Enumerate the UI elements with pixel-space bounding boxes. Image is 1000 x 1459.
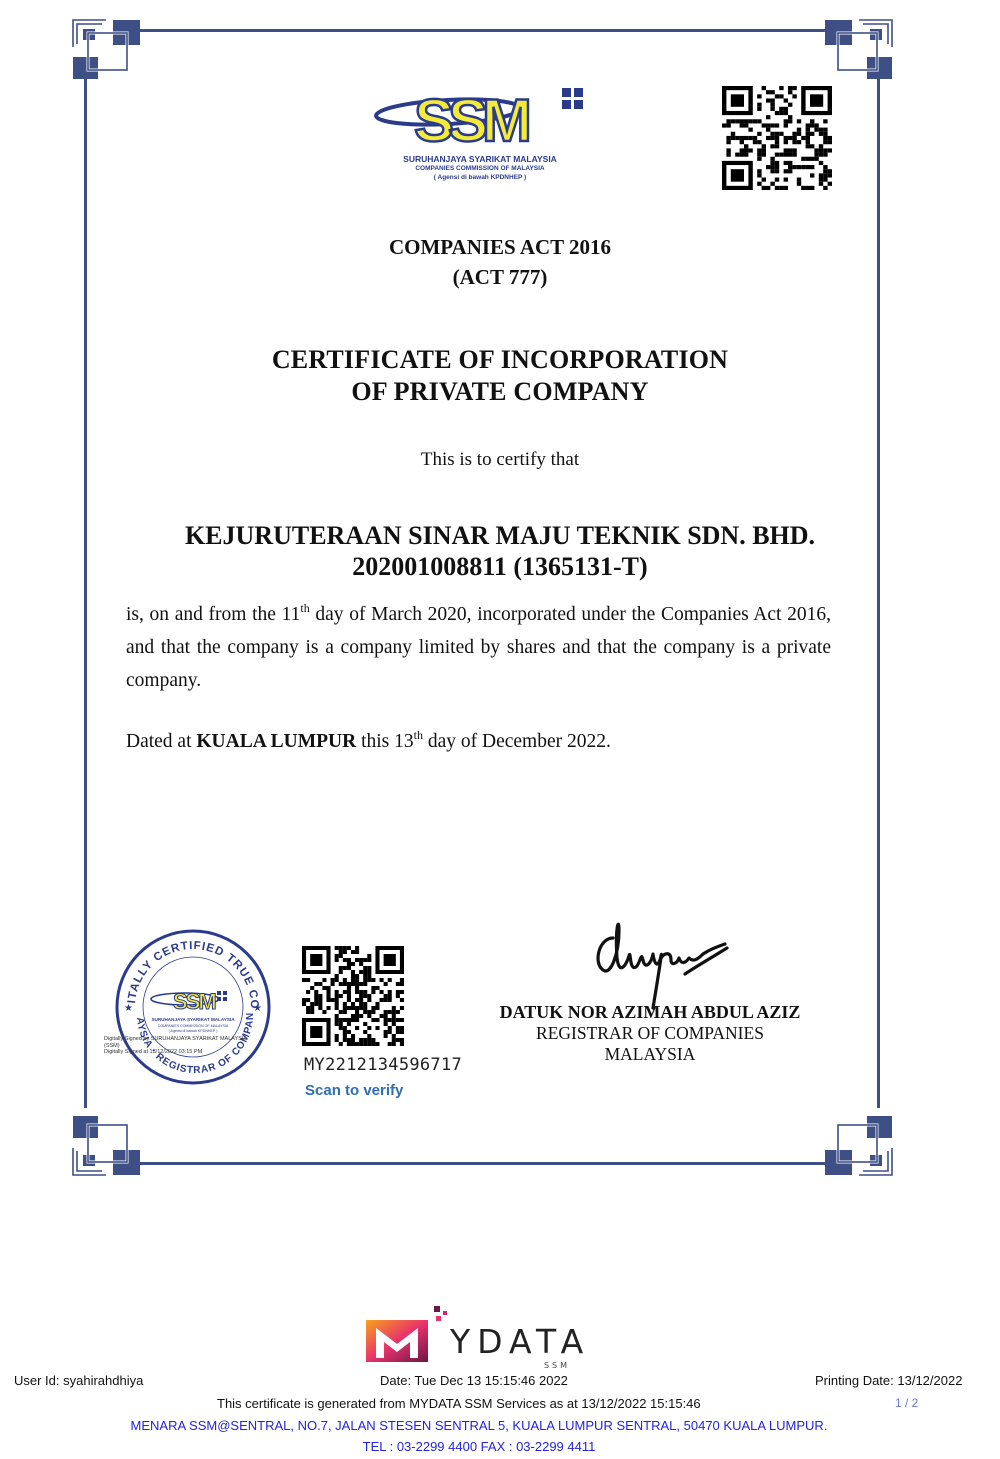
act-line-1: COMPANIES ACT 2016 — [0, 232, 1000, 262]
signatory-block: DATUK NOR AZIMAH ABDUL AZIZ REGISTRAR OF… — [470, 1002, 830, 1065]
act-line-2: (ACT 777) — [0, 262, 1000, 292]
agency-name-english: COMPANIES COMMISSION OF MALAYSIA — [370, 164, 590, 173]
dated-ordinal: th — [414, 728, 423, 742]
statement-part-1: is, on and from the 11 — [126, 604, 300, 625]
act-heading: COMPANIES ACT 2016 (ACT 777) — [0, 232, 1000, 292]
incorporation-statement: is, on and from the 11th day of March 20… — [126, 598, 831, 697]
svg-text:★: ★ — [124, 1003, 133, 1014]
verification-qr-code-icon[interactable] — [302, 946, 404, 1046]
svg-text:SURUHANJAYA SYARIKAT MALAYSIA: SURUHANJAYA SYARIKAT MALAYSIA — [151, 1017, 235, 1022]
title-line-2: OF PRIVATE COMPANY — [0, 376, 1000, 408]
agency-sub: ( Agensi di bawah KPDNHEP ) — [370, 173, 590, 182]
signatory-title: REGISTRAR OF COMPANIES — [470, 1023, 830, 1044]
dated-line: Dated at KUALA LUMPUR this 13th day of D… — [126, 727, 611, 757]
ssm-agency-names: SURUHANJAYA SYARIKAT MALAYSIA COMPANIES … — [370, 155, 590, 182]
certify-intro: This is to certify that — [0, 448, 1000, 472]
corner-ornament-bottom-left — [72, 1107, 142, 1177]
svg-text:YDATA: YDATA — [449, 1322, 590, 1361]
svg-text:★: ★ — [253, 1003, 262, 1014]
digital-signature-note: Digitally Signed by SURUHANJAYA SYARIKAT… — [104, 1036, 274, 1056]
svg-text:SSM: SSM — [544, 1361, 570, 1370]
signed-at: Digitally Signed at 13/12/2022 03:15 PM — [104, 1049, 274, 1056]
signatory-country: MALAYSIA — [470, 1044, 830, 1065]
dated-suffix: day of December 2022. — [423, 731, 611, 752]
office-address: MENARA SSM@SENTRAL, NO.7, JALAN STESEN S… — [0, 1418, 958, 1433]
corner-ornament-top-left — [72, 18, 142, 88]
agency-name-malay: SURUHANJAYA SYARIKAT MALAYSIA — [370, 155, 590, 164]
dated-mid: this 13 — [356, 731, 413, 752]
certified-true-copy-seal: DIGITALLY CERTIFIED TRUE COPY MALAYSIA ·… — [113, 927, 273, 1087]
scan-to-verify-link[interactable]: Scan to verify — [305, 1082, 403, 1099]
mydata-ssm-logo: YDATA SSM — [360, 1302, 600, 1370]
generated-note: This certificate is generated from MYDAT… — [217, 1396, 701, 1411]
corner-ornament-top-right — [823, 18, 893, 88]
dated-place: KUALA LUMPUR — [196, 731, 356, 752]
svg-text:SSM: SSM — [173, 989, 215, 1014]
certificate-title: CERTIFICATE OF INCORPORATION OF PRIVATE … — [0, 344, 1000, 408]
frame-bottom-line — [140, 1162, 826, 1165]
generated-date: Date: Tue Dec 13 15:15:46 2022 — [380, 1373, 568, 1388]
svg-text:( Agensi di bawah KPDNHEP ): ( Agensi di bawah KPDNHEP ) — [169, 1029, 218, 1033]
title-line-1: CERTIFICATE OF INCORPORATION — [0, 344, 1000, 376]
frame-top-line — [140, 29, 826, 32]
svg-text:COMPANIES COMMISSION OF MALAYS: COMPANIES COMMISSION OF MALAYSIA — [158, 1024, 229, 1028]
company-block: KEJURUTERAAN SINAR MAJU TEKNIK SDN. BHD.… — [0, 520, 1000, 582]
svg-text:SSM: SSM — [414, 87, 528, 154]
statement-ordinal: th — [300, 601, 309, 615]
dated-prefix: Dated at — [126, 731, 196, 752]
verification-code: MY2212134596717 — [304, 1055, 462, 1075]
user-id: User Id: syahirahdhiya — [14, 1373, 143, 1388]
corner-ornament-bottom-right — [823, 1107, 893, 1177]
company-name: KEJURUTERAAN SINAR MAJU TEKNIK SDN. BHD. — [0, 520, 1000, 551]
office-contact: TEL : 03-2299 4400 FAX : 03-2299 4411 — [0, 1439, 958, 1454]
qr-code-icon — [722, 86, 832, 190]
printing-date: Printing Date: 13/12/2022 — [815, 1373, 962, 1388]
signatory-name: DATUK NOR AZIMAH ABDUL AZIZ — [470, 1002, 830, 1023]
page-number: 1 / 2 — [895, 1396, 918, 1410]
company-number: 202001008811 (1365131-T) — [0, 551, 1000, 582]
